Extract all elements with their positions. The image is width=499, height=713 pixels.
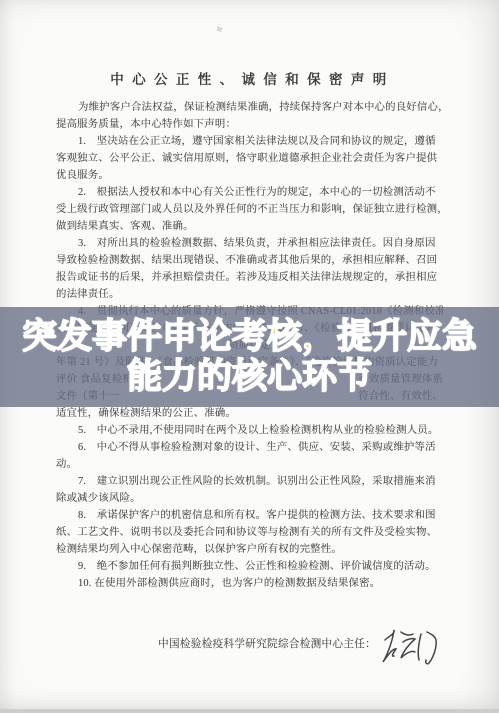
signature-handwriting — [379, 622, 441, 675]
overlay-text-line2: 能力的核心环节 — [127, 357, 372, 397]
doc-line: 为维护客户合法权益，保证检测结果准确，持续保持客户对本中心的良好信心， — [56, 99, 443, 116]
doc-line: 做到结果真实、客观、准确。 — [56, 218, 443, 235]
doc-line: 5. 中心不录用,不使用同时在两个及以上检验检测机构从业的检验检测人员。 — [56, 422, 443, 439]
doc-line: 提高服务质量，本中心特作如下声明： — [56, 116, 443, 133]
doc-line: 纸、工艺文件、说明书以及委托合同和协议等与检测有关的所有文件及受检实物、 — [56, 524, 443, 541]
doc-line: 1. 坚决站在公正立场，遵守国家相关法律法规以及合同和协议的规定，遵循 — [56, 133, 443, 150]
document-title: 中 心 公 正 性 、 诚 信 和 保 密 声 明 — [0, 68, 499, 88]
doc-line: 动。 — [56, 456, 443, 473]
doc-line: 7. 建立识别出现公正性风险的长效机制。识别出公正性风险，采取措施来消 — [56, 473, 443, 490]
signature-label: 中国检验检疫科学研究院综合检测中心主任： — [158, 636, 376, 653]
doc-line: 客观独立、公平公正、诚实信用原则，恪守职业道德承担企业社会责任为客户提供 — [56, 150, 443, 167]
doc-line: 导致检验检测数据、结果出现错误、不准确或者其他后果的，承担相应解释、召回 — [56, 252, 443, 269]
document-photo: ≋ 中 心 公 正 性 、 诚 信 和 保 密 声 明 为维护客户合法权益，保证… — [0, 0, 499, 713]
doc-line: 除或减少该风险。 — [56, 490, 443, 507]
doc-line: 受上级行政管理部门或人员以及外界任何的不正当压力和影响，保证独立进行检测， — [56, 201, 443, 218]
doc-line: 6. 中心不得从事检验检测对象的设计、生产、供应、安装、采购或维护等活 — [56, 439, 443, 456]
doc-line: 3. 对所出具的检验检测数据、结果负责，并承担相应法律责任。因自身原因 — [56, 235, 443, 252]
doc-line: 检测结果均列入中心保密范畴，以保护客户所有权的完整性。 — [56, 541, 443, 558]
doc-line: 10. 在使用外部检测供应商时，也为客户的检测数据及结果保密。 — [56, 575, 443, 592]
doc-line: 适宜性，确保检测结果的公正、准确。 — [56, 405, 443, 422]
signature-row: 中国检验检疫科学研究院综合检测中心主任： — [0, 622, 499, 675]
doc-line: 9. 绝不参加任何有损判断独立性、公正性和检验检测、评价诚信度的活动。 — [56, 558, 443, 575]
signature-ink-icon — [379, 622, 441, 670]
doc-line: 2. 根据法人授权和本中心有关公正性行为的规定，本中心的一切检测活动不 — [56, 184, 443, 201]
doc-line: 优良服务。 — [56, 167, 443, 184]
overlay-text-line1: 突发事件申论考核，提升应急 — [22, 317, 477, 357]
doc-line: 8. 承诺保护客户的机密信息和所有权。客户提供的检测方法、技术要求和图 — [56, 507, 443, 524]
doc-line: 的法律责任。 — [56, 286, 443, 303]
doc-line: 报告或证书的后果，并承担赔偿责任。若涉及违反相关法律法规规定的，承担相应 — [56, 269, 443, 286]
photo-bottom-edge — [0, 709, 499, 713]
overlay-banner: 突发事件申论考核，提升应急 能力的核心环节 — [0, 307, 499, 407]
